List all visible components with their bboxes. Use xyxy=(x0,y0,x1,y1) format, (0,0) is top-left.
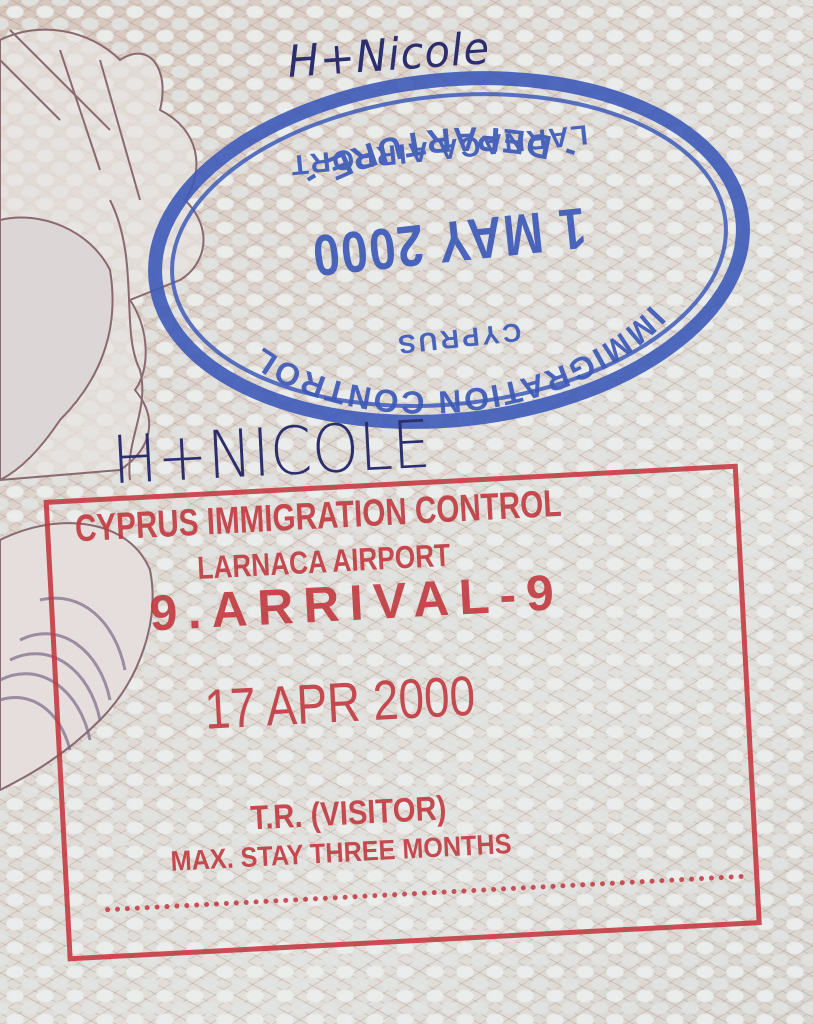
departure-stamp-country: CYPRUS xyxy=(394,317,523,360)
arrival-stamp: CYPRUS IMMIGRATION CONTROL LARNACA AIRPO… xyxy=(42,433,777,969)
passport-page: - DEPARTURE - CYPRUS IMMIGRATION CONTROL… xyxy=(0,0,813,1024)
departure-stamp: - DEPARTURE - CYPRUS IMMIGRATION CONTROL… xyxy=(125,39,774,461)
